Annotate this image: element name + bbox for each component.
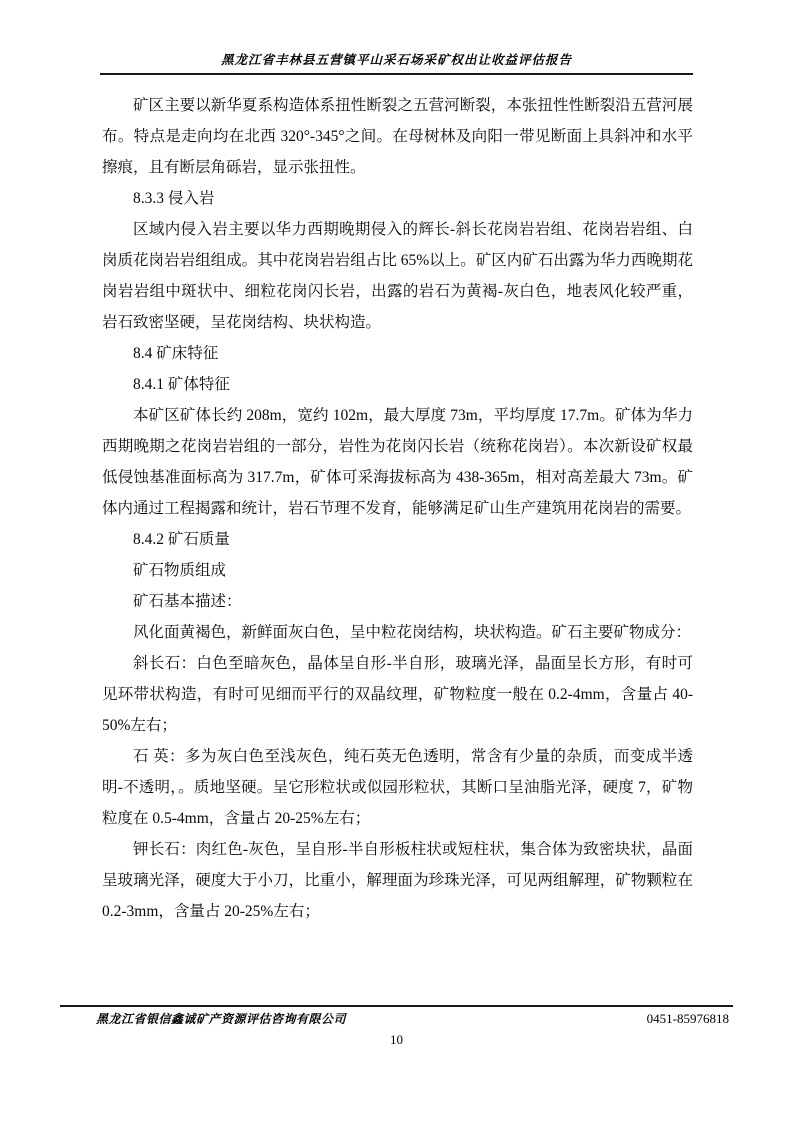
paragraph-orebody-features: 本矿区矿体长约 208m，宽约 102m，最大厚度 73m，平均厚度 17.7m… <box>102 400 693 524</box>
header-title: 黑龙江省丰林县五营镇平山采石场采矿权出让收益评估报告 <box>42 0 751 73</box>
page-number: 10 <box>0 1032 793 1048</box>
section-heading-deposit-features: 8.4 矿床特征 <box>102 338 693 369</box>
footer-phone-number: 0451-85976818 <box>647 1011 729 1027</box>
document-body: 矿区主要以新华夏系构造体系扭性断裂之五营河断裂，本张扭性性断裂沿五营河展布。特点… <box>102 90 693 927</box>
paragraph-fault-structure: 矿区主要以新华夏系构造体系扭性断裂之五营河断裂，本张扭性性断裂沿五营河展布。特点… <box>102 90 693 183</box>
paragraph-ore-composition-label: 矿石物质组成 <box>102 555 693 586</box>
page-footer: 黑龙江省银信鑫诚矿产资源评估咨询有限公司 0451-85976818 <box>60 1005 733 1027</box>
paragraph-intrusive-rock: 区域内侵入岩主要以华力西期晚期侵入的辉长-斜长花岗岩岩组、花岗岩岩组、白岗质花岗… <box>102 214 693 338</box>
paragraph-ore-description-label: 矿石基本描述： <box>102 586 693 617</box>
paragraph-plagioclase: 斜长石：白色至暗灰色，晶体呈自形-半自形，玻璃光泽，晶面呈长方形，有时可见环带状… <box>102 648 693 741</box>
paragraph-potassium-feldspar: 钾长石：肉红色-灰色，呈自形-半自形板柱状或短柱状，集合体为致密块状，晶面呈玻璃… <box>102 834 693 927</box>
header-divider <box>100 73 693 75</box>
paragraph-quartz: 石 英：多为灰白色至浅灰色，纯石英无色透明，常含有少量的杂质，而变成半透明-不透… <box>102 741 693 834</box>
footer-row: 黑龙江省银信鑫诚矿产资源评估咨询有限公司 0451-85976818 <box>60 1007 733 1027</box>
document-page: 黑龙江省丰林县五营镇平山采石场采矿权出让收益评估报告 矿区主要以新华夏系构造体系… <box>0 0 793 1122</box>
paragraph-ore-overview: 风化面黄褐色，新鲜面灰白色，呈中粒花岗结构，块状构造。矿石主要矿物成分： <box>102 617 693 648</box>
footer-company-name: 黑龙江省银信鑫诚矿产资源评估咨询有限公司 <box>96 1010 346 1027</box>
section-heading-intrusive-rock: 8.3.3 侵入岩 <box>102 183 693 214</box>
page-header: 黑龙江省丰林县五营镇平山采石场采矿权出让收益评估报告 <box>42 0 751 75</box>
section-heading-ore-quality: 8.4.2 矿石质量 <box>102 524 693 555</box>
section-heading-orebody-features: 8.4.1 矿体特征 <box>102 369 693 400</box>
